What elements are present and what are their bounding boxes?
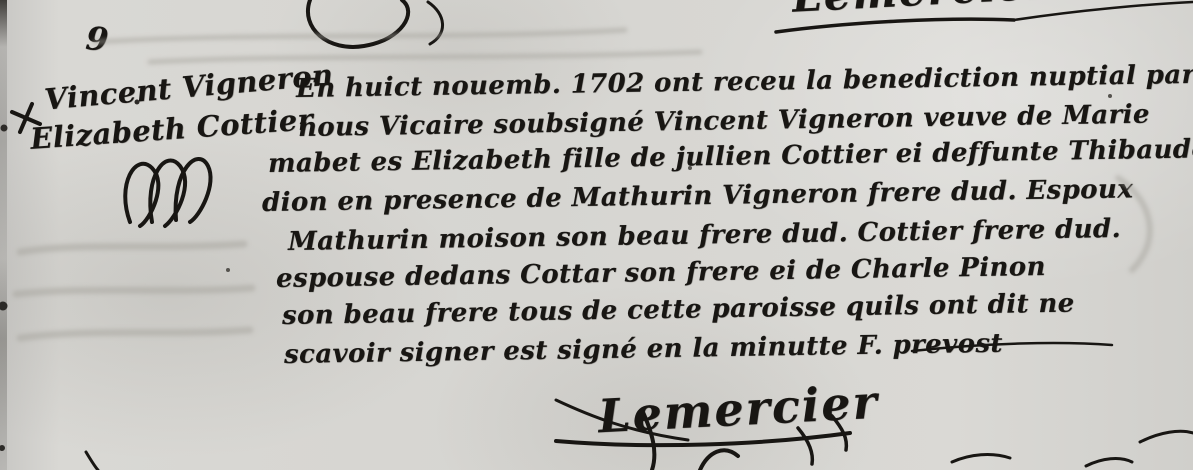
bottom-cropped-stroke [700,450,738,470]
scan-speck [0,445,5,451]
margin-paraph [150,160,185,226]
margin-paraph [125,164,158,226]
bleed-through-squiggle [1118,178,1150,270]
bleed-through-squiggle [95,30,625,42]
margin-cross-mark [12,104,40,132]
signature-top-underline [776,19,1014,32]
bottom-cropped-stroke [642,410,654,470]
signature-top-tail [1014,2,1193,20]
bottom-cropped-stroke [798,428,812,464]
bleed-through-squiggle [20,244,244,252]
bleed-through-squiggle [16,288,252,294]
bottom-cropped-stroke [952,455,1010,462]
ink-flourishes-layer [0,0,1193,470]
scan-speck [0,302,8,311]
scanned-register-page: Lemercier 9 Vincent Vigneron Elizabeth C… [0,0,1193,470]
scan-speck [135,100,140,105]
bottom-cropped-stroke [86,452,98,470]
bottom-cropped-stroke [1086,459,1132,466]
bleed-through-squiggle [150,52,700,62]
bleed-through-squiggle [20,330,250,338]
scan-speck [1,125,8,132]
scan-speck [1108,94,1112,98]
scan-speck [226,268,230,272]
signature-bottom-lead-in [556,400,688,440]
line8-trailing-flourish [912,343,1112,351]
bottom-cropped-stroke [1140,431,1193,442]
top-cropped-loop-flourish [308,0,408,47]
scan-speck [688,166,692,170]
